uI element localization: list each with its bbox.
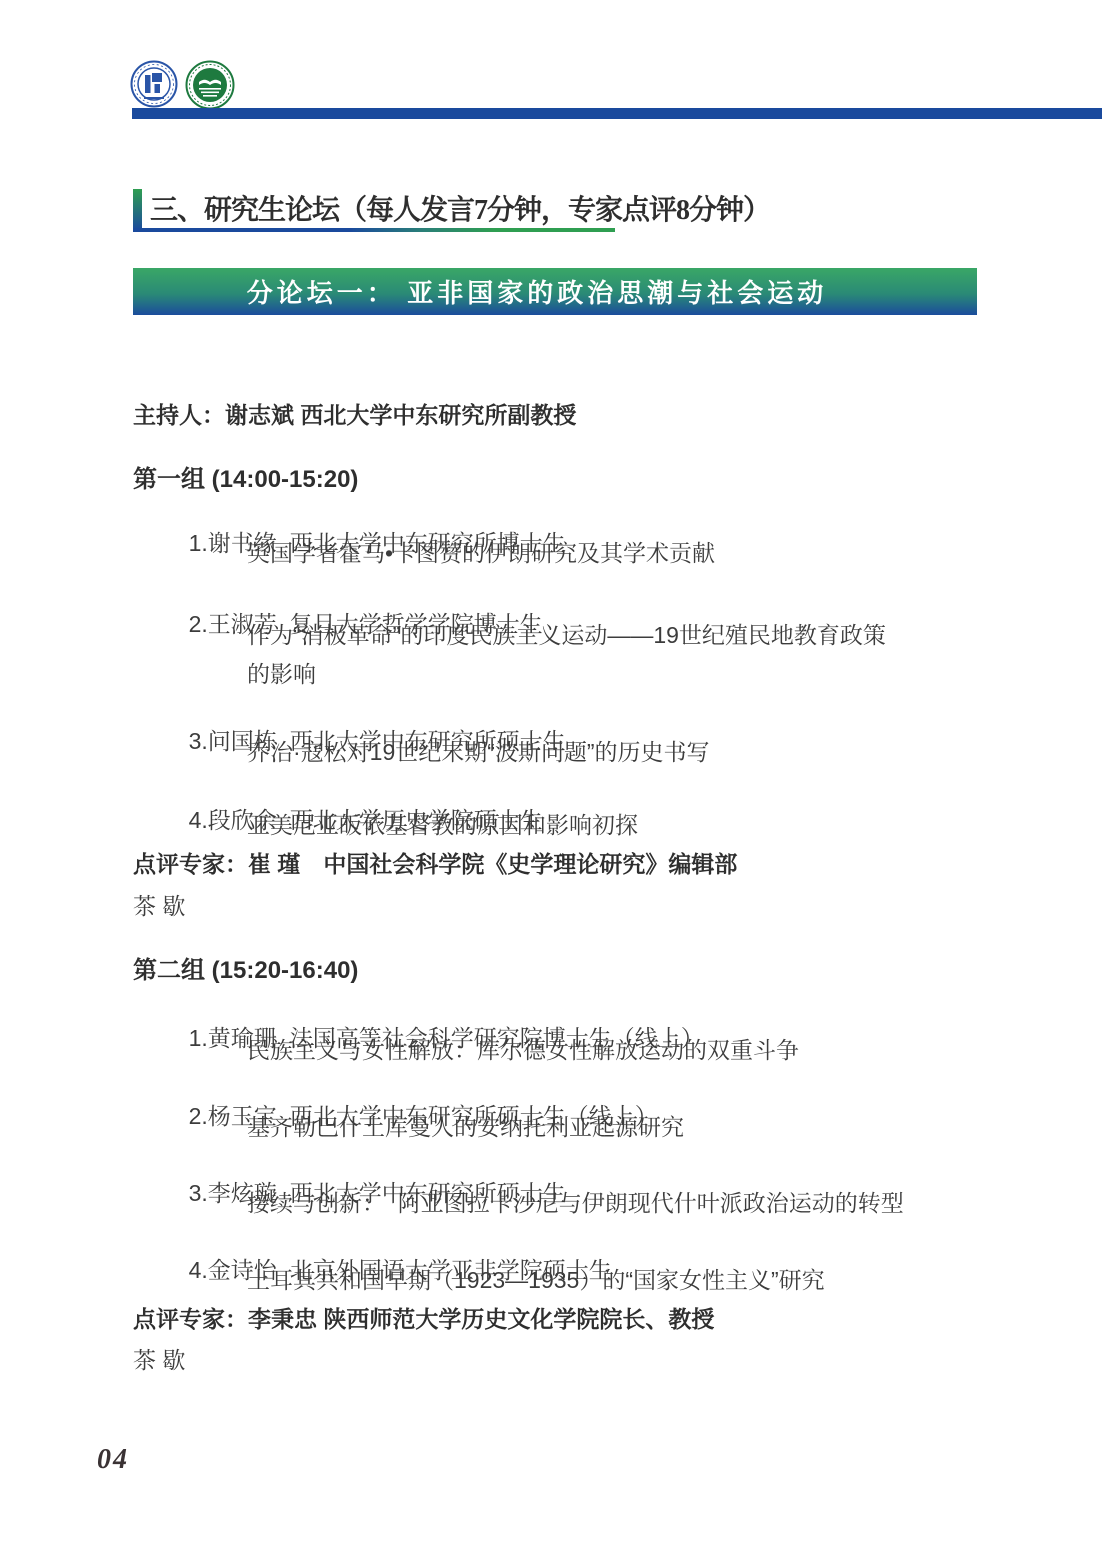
section-accent-bar — [133, 189, 142, 230]
speaker-number: 3. — [189, 728, 208, 754]
group-2-heading: 第二组 (15:20-16:40) — [133, 957, 358, 986]
header-divider-rule — [132, 108, 1102, 119]
page-number: 04 — [97, 1444, 129, 1476]
speaker-number: 1. — [189, 530, 208, 556]
paper-title: 英国学者霍马•卡图赞的伊朗研究及其学术贡献 — [247, 540, 715, 568]
paper-title: 接续与创新： 阿亚图拉卡沙尼与伊朗现代什叶派政治运动的转型 — [247, 1190, 904, 1218]
paper-title: 亚美尼亚皈依基督教的原因和影响初探 — [247, 812, 638, 840]
paper-title: 基齐勒巴什土库曼人的安纳托利亚起源研究 — [247, 1114, 684, 1142]
subforum-banner: 分论坛一： 亚非国家的政治思潮与社会运动 — [133, 268, 977, 315]
reviewer-line: 点评专家：李秉忠 陕西师范大学历史文化学院院长、教授 — [133, 1306, 714, 1334]
paper-title: 民族主义与女性解放：库尔德女性解放运动的双重斗争 — [247, 1037, 799, 1065]
group-1-heading: 第一组 (14:00-15:20) — [133, 466, 358, 495]
section-title: 三、研究生论坛（每人发言7分钟，专家点评8分钟） — [150, 188, 770, 228]
institute-seal-green-icon — [185, 60, 235, 110]
paper-title-continued: 的影响 — [247, 661, 316, 689]
host-line: 主持人：谢志斌 西北大学中东研究所副教授 — [133, 402, 576, 430]
paper-title: 土耳其共和国早期（1923—1935）的“国家女性主义”研究 — [247, 1267, 825, 1295]
speaker-number: 4. — [189, 1257, 208, 1283]
speaker-number: 1. — [189, 1025, 208, 1051]
university-seal-blue-icon — [130, 60, 178, 108]
paper-title: 乔治·寇松对19世纪末期“波斯问题”的历史书写 — [247, 739, 710, 767]
tea-break-line: 茶 歇 — [133, 1347, 185, 1375]
tea-break-line: 茶 歇 — [133, 893, 185, 921]
subforum-banner-title: 分论坛一： 亚非国家的政治思潮与社会运动 — [247, 273, 828, 310]
speaker-number: 2. — [189, 1103, 208, 1129]
speaker-number: 2. — [189, 611, 208, 637]
speaker-number: 3. — [189, 1180, 208, 1206]
speaker-number: 4. — [189, 807, 208, 833]
reviewer-line: 点评专家：崔 瑾 中国社会科学院《史学理论研究》编辑部 — [133, 851, 737, 879]
section-underline — [133, 228, 615, 232]
document-page: 三、研究生论坛（每人发言7分钟，专家点评8分钟） 分论坛一： 亚非国家的政治思潮… — [0, 0, 1102, 1559]
paper-title: 作为“消极革命”的印度民族主义运动——19世纪殖民地教育政策 — [247, 622, 886, 650]
